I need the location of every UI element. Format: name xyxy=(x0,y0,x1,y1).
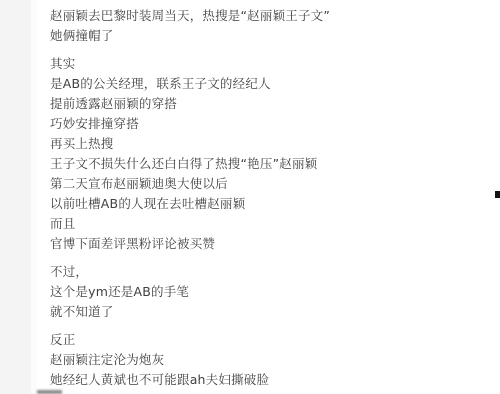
page: 赵丽颖去巴黎时装周当天，热搜是“赵丽颖王子文”她俩撞帽了其实是AB的公关经理，联… xyxy=(0,0,500,394)
text-line: 这个是ym还是AB的手笔 xyxy=(50,282,490,302)
bottom-cutoff-element xyxy=(37,390,62,394)
right-edge-mark xyxy=(495,191,500,198)
text-line: 再买上热搜 xyxy=(50,134,490,154)
paragraph: 赵丽颖去巴黎时装周当天，热搜是“赵丽颖王子文”她俩撞帽了 xyxy=(50,6,490,46)
text-line: 王子文不损失什么还白白得了热搜“艳压”赵丽颖 xyxy=(50,154,490,174)
text-line: 赵丽颖去巴黎时装周当天，热搜是“赵丽颖王子文” xyxy=(50,6,490,26)
text-line: 其实 xyxy=(50,54,490,74)
text-line: 赵丽颖注定沦为炮灰 xyxy=(50,350,490,370)
text-line: 她经纪人黄斌也不可能跟ah夫妇撕破脸 xyxy=(50,370,490,390)
text-line: 第二天宣布赵丽颖迪奥大使以后 xyxy=(50,174,490,194)
paragraph: 不过，这个是ym还是AB的手笔就不知道了 xyxy=(50,262,490,322)
text-line: 而且 xyxy=(50,214,490,234)
left-margin-strip-edge xyxy=(31,0,37,394)
left-margin-strip xyxy=(0,0,31,394)
paragraph: 反正赵丽颖注定沦为炮灰她经纪人黄斌也不可能跟ah夫妇撕破脸 xyxy=(50,330,490,390)
text-line: 她俩撞帽了 xyxy=(50,26,490,46)
paragraph: 其实是AB的公关经理，联系王子文的经纪人提前透露赵丽颖的穿搭巧妙安排撞穿搭再买上… xyxy=(50,54,490,254)
text-line: 提前透露赵丽颖的穿搭 xyxy=(50,94,490,114)
post-content: 赵丽颖去巴黎时装周当天，热搜是“赵丽颖王子文”她俩撞帽了其实是AB的公关经理，联… xyxy=(50,6,490,390)
text-line: 以前吐槽AB的人现在去吐槽赵丽颖 xyxy=(50,194,490,214)
text-line: 官博下面差评黑粉评论被买赞 xyxy=(50,234,490,254)
text-line: 巧妙安排撞穿搭 xyxy=(50,114,490,134)
text-line: 是AB的公关经理，联系王子文的经纪人 xyxy=(50,74,490,94)
text-line: 就不知道了 xyxy=(50,302,490,322)
text-line: 不过， xyxy=(50,262,490,282)
text-line: 反正 xyxy=(50,330,490,350)
